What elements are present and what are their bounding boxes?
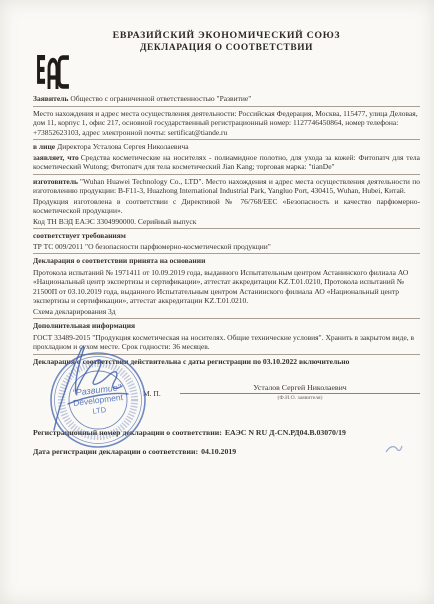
signatory-caption: (Ф.И.О. заявителя) xyxy=(180,394,420,401)
representative-label: в лице xyxy=(33,142,55,151)
signatory-name: Усталов Сергей Николаевич xyxy=(180,383,420,394)
basis-text: Протокола испытаний № 1971411 от 10.09.2… xyxy=(33,268,420,306)
scheme-line: Схема декларирования 3д xyxy=(33,307,420,320)
product-declaration: заявляет, чтоСредства косметические на н… xyxy=(33,153,420,175)
signatory-block: Усталов Сергей Николаевич (Ф.И.О. заявит… xyxy=(180,383,420,401)
union-title: ЕВРАЗИЙСКИЙ ЭКОНОМИЧЕСКИЙ СОЮЗ xyxy=(33,30,420,42)
manufacturer-label: изготовитель xyxy=(33,177,78,186)
document-body: ЕВРАЗИЙСКИЙ ЭКОНОМИЧЕСКИЙ СОЮЗ ДЕКЛАРАЦИ… xyxy=(33,30,420,457)
requirements-line: ТР ТС 009/2011 "О безопасности парфюмерн… xyxy=(33,242,420,255)
representative-name: Директора Усталова Сергея Николаевича xyxy=(57,142,188,151)
manufacturer-info: "Wuhan Huawei Technology Co., LTD". Мест… xyxy=(33,177,420,196)
registration-number-label: Регистрационный номер декларации о соотв… xyxy=(33,428,222,437)
complies-label: соответствует требованиям xyxy=(33,231,420,241)
registration-date-value: 04.10.2019 xyxy=(201,447,236,456)
declares-label: заявляет, что xyxy=(33,153,79,162)
declaration-document: ЕВРАЗИЙСКИЙ ЭКОНОМИЧЕСКИЙ СОЮЗ ДЕКЛАРАЦИ… xyxy=(0,0,434,604)
validity-line: Декларация о соответствии действительна … xyxy=(33,357,420,367)
representative-line: в лицеДиректора Усталова Сергея Николаев… xyxy=(33,142,420,152)
applicant-name: Общество с ограниченной ответственностью… xyxy=(70,94,251,103)
registration-date-label: Дата регистрации декларации о соответств… xyxy=(33,447,198,456)
registration-number-line: Регистрационный номер декларации о соотв… xyxy=(33,428,420,438)
tnved-line: Код ТН ВЭД ЕАЭС 3304990000. Серийный вып… xyxy=(33,217,420,230)
basis-label: Декларация о соответствии принята на осн… xyxy=(33,256,420,266)
manufacturer-line: изготовитель"Wuhan Huawei Technology Co.… xyxy=(33,177,420,196)
registration-number-value: ЕАЭС N RU Д-CN.РД04.В.03070/19 xyxy=(225,428,346,437)
signature-area: М. П. Усталов Сергей Николаевич (Ф.И.О. … xyxy=(33,367,420,423)
document-title: ДЕКЛАРАЦИЯ О СООТВЕТСТВИИ xyxy=(33,42,420,54)
product-description: Средства косметические на носителях - по… xyxy=(33,153,420,172)
pen-mark xyxy=(384,443,404,455)
applicant-line: ЗаявительОбщество с ограниченной ответст… xyxy=(33,94,420,107)
directive-line: Продукция изготовлена в соответствии с Д… xyxy=(33,197,420,216)
applicant-label: Заявитель xyxy=(33,94,68,103)
registration-date-line: Дата регистрации декларации о соответств… xyxy=(33,447,420,457)
additional-info-label: Дополнительная информация xyxy=(33,321,420,331)
additional-info-text: ГОСТ 33489-2015 "Продукция косметическая… xyxy=(33,333,420,355)
applicant-address: Место нахождения и адрес места осуществл… xyxy=(33,109,420,141)
seal-place-mark: М. П. xyxy=(143,389,161,398)
